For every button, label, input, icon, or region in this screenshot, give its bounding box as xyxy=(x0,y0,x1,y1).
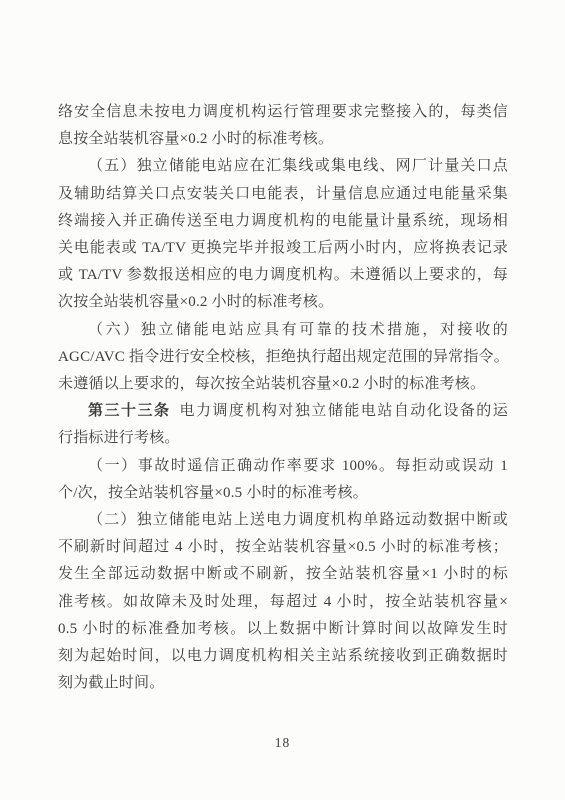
text-run: AGC/AVC 指令进行安全校核，拒绝执行超出规定范围的异常指令。 xyxy=(58,349,509,365)
text-line: 个/次，按全站装机容量×0.5 小时的标准考核。 xyxy=(58,480,508,507)
para-item-5: （五）独立储能电站应在汇集线或集电线、网厂计量关口点及辅助结算关口点安装关口电能… xyxy=(58,153,508,316)
text-run: 行指标进行考核。 xyxy=(58,430,180,446)
text-run: （五）独立储能电站应在汇集线或集电线、网厂计量关口点 xyxy=(88,158,508,174)
para-continuation: 络安全信息未按电力调度机构运行管理要求完整接入的，每类信息按全站装机容量×0.2… xyxy=(58,99,508,153)
text-line: 或 TA/TV 参数报送相应的电力调度机构。未遵循以上要求的，每 xyxy=(58,262,508,289)
text-line: 刻为截止时间。 xyxy=(58,670,508,697)
text-line: 第三十三条 电力调度机构对独立储能电站自动化设备的运 xyxy=(58,398,508,425)
text-line: 次按全站装机容量×0.2 小时的标准考核。 xyxy=(58,289,508,316)
text-line: 息按全站装机容量×0.2 小时的标准考核。 xyxy=(58,126,508,153)
text-run: 不刷新时间超过 4 小时，按全站装机容量×0.5 小时的标准考核； xyxy=(58,539,508,555)
text-run: （一）事故时遥信正确动作率要求 100%。每拒动或误动 1 xyxy=(88,458,508,474)
text-run: （二）独立储能电站上送电力调度机构单路远动数据中断或 xyxy=(88,512,508,528)
para-item-6: （六）独立储能电站应具有可靠的技术措施，对接收的AGC/AVC 指令进行安全校核… xyxy=(58,317,508,399)
text-line: AGC/AVC 指令进行安全校核，拒绝执行超出规定范围的异常指令。 xyxy=(58,344,508,371)
text-run: 发生全部远动数据中断或不刷新，按全站装机容量×1 小时的标 xyxy=(58,566,508,582)
text-run: 关电能表或 TA/TV 更换完毕并报竣工后两小时内，应将换表记录 xyxy=(58,240,508,256)
document-page: 络安全信息未按电力调度机构运行管理要求完整接入的，每类信息按全站装机容量×0.2… xyxy=(0,0,565,800)
text-run: 络安全信息未按电力调度机构运行管理要求完整接入的，每类信 xyxy=(58,104,508,120)
text-line: （二）独立储能电站上送电力调度机构单路远动数据中断或 xyxy=(58,507,508,534)
text-run: 终端接入并正确传送至电力调度机构的电能量计量系统，现场相 xyxy=(58,213,508,229)
page-number: 18 xyxy=(0,733,565,753)
text-run: 及辅助结算关口点安装关口电能表，计量信息应通过电能量采集 xyxy=(58,186,508,202)
text-line: 行指标进行考核。 xyxy=(58,425,508,452)
text-line: 0.5 小时的标准叠加考核。以上数据中断计算时间以故障发生时 xyxy=(58,616,508,643)
text-run: 刻为起始时间，以电力调度机构相关主站系统接收到正确数据时 xyxy=(58,648,508,664)
text-line: （一）事故时遥信正确动作率要求 100%。每拒动或误动 1 xyxy=(58,453,508,480)
text-line: 准考核。如故障未及时处理，每超过 4 小时，按全站装机容量× xyxy=(58,589,508,616)
text-line: （六）独立储能电站应具有可靠的技术措施，对接收的 xyxy=(58,317,508,344)
text-line: 络安全信息未按电力调度机构运行管理要求完整接入的，每类信 xyxy=(58,99,508,126)
para-article-33: 第三十三条 电力调度机构对独立储能电站自动化设备的运行指标进行考核。 xyxy=(58,398,508,452)
text-run: 未遵循以上要求的，每次按全站装机容量×0.2 小时的标准考核。 xyxy=(58,376,485,392)
text-line: 及辅助结算关口点安装关口电能表，计量信息应通过电能量采集 xyxy=(58,181,508,208)
para-item-2: （二）独立储能电站上送电力调度机构单路远动数据中断或不刷新时间超过 4 小时，按… xyxy=(58,507,508,697)
text-run: 准考核。如故障未及时处理，每超过 4 小时，按全站装机容量× xyxy=(58,594,508,610)
text-run: 次按全站装机容量×0.2 小时的标准考核。 xyxy=(58,294,333,310)
text-run: 刻为截止时间。 xyxy=(58,675,164,691)
text-line: 不刷新时间超过 4 小时，按全站装机容量×0.5 小时的标准考核； xyxy=(58,534,508,561)
text-line: 刻为起始时间，以电力调度机构相关主站系统接收到正确数据时 xyxy=(58,643,508,670)
text-run: （六）独立储能电站应具有可靠的技术措施，对接收的 xyxy=(88,322,508,338)
text-line: 未遵循以上要求的，每次按全站装机容量×0.2 小时的标准考核。 xyxy=(58,371,508,398)
text-line: （五）独立储能电站应在汇集线或集电线、网厂计量关口点 xyxy=(58,153,508,180)
text-line: 发生全部远动数据中断或不刷新，按全站装机容量×1 小时的标 xyxy=(58,561,508,588)
text-run: 或 TA/TV 参数报送相应的电力调度机构。未遵循以上要求的，每 xyxy=(58,267,508,283)
article-number-bold: 第三十三条 xyxy=(88,403,170,419)
text-run: 电力调度机构对独立储能电站自动化设备的运 xyxy=(170,403,508,419)
text-line: 终端接入并正确传送至电力调度机构的电能量计量系统，现场相 xyxy=(58,208,508,235)
para-item-1: （一）事故时遥信正确动作率要求 100%。每拒动或误动 1个/次，按全站装机容量… xyxy=(58,453,508,507)
text-line: 关电能表或 TA/TV 更换完毕并报竣工后两小时内，应将换表记录 xyxy=(58,235,508,262)
text-run: 0.5 小时的标准叠加考核。以上数据中断计算时间以故障发生时 xyxy=(58,621,508,637)
text-run: 个/次，按全站装机容量×0.5 小时的标准考核。 xyxy=(58,485,368,501)
text-run: 息按全站装机容量×0.2 小时的标准考核。 xyxy=(58,131,333,147)
document-body: 络安全信息未按电力调度机构运行管理要求完整接入的，每类信息按全站装机容量×0.2… xyxy=(58,99,508,697)
